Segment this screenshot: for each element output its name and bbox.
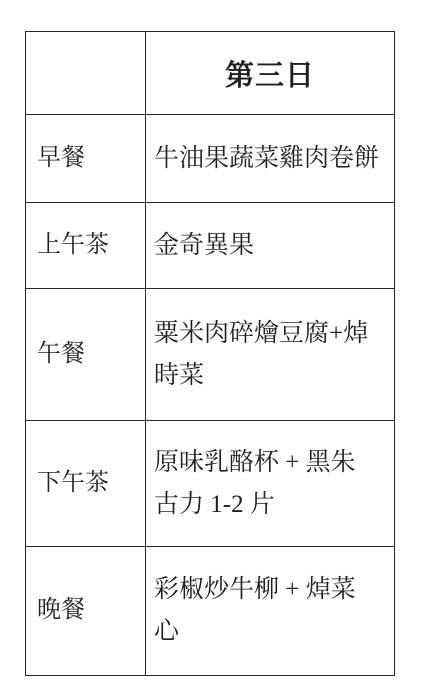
meal-row-content: 彩椒炒牛柳 + 焯菜 心: [146, 547, 395, 676]
table-header-row: 第三日: [26, 32, 395, 115]
meal-plan-table-container: 第三日 早餐 牛油果蔬菜雞肉卷餅 上午茶 金奇異果 午餐 粟米肉碎燴豆腐+焯 時…: [25, 31, 395, 676]
table-row-dinner: 晚餐 彩椒炒牛柳 + 焯菜 心: [26, 547, 395, 676]
meal-plan-table: 第三日 早餐 牛油果蔬菜雞肉卷餅 上午茶 金奇異果 午餐 粟米肉碎燴豆腐+焯 時…: [25, 31, 395, 676]
meal-row-label: 下午茶: [26, 421, 146, 547]
meal-row-label: 午餐: [26, 289, 146, 421]
table-row-lunch: 午餐 粟米肉碎燴豆腐+焯 時菜: [26, 289, 395, 421]
table-row-afternoon-tea: 下午茶 原味乳酪杯 + 黑朱 古力 1-2 片: [26, 421, 395, 547]
meal-row-content: 金奇異果: [146, 203, 395, 289]
header-empty-cell: [26, 32, 146, 115]
meal-row-label: 晚餐: [26, 547, 146, 676]
table-row-breakfast: 早餐 牛油果蔬菜雞肉卷餅: [26, 115, 395, 203]
meal-row-content: 牛油果蔬菜雞肉卷餅: [146, 115, 395, 203]
meal-row-content: 粟米肉碎燴豆腐+焯 時菜: [146, 289, 395, 421]
table-row-morning-tea: 上午茶 金奇異果: [26, 203, 395, 289]
header-day-cell: 第三日: [146, 32, 395, 115]
meal-row-label: 早餐: [26, 115, 146, 203]
meal-row-content: 原味乳酪杯 + 黑朱 古力 1-2 片: [146, 421, 395, 547]
meal-row-label: 上午茶: [26, 203, 146, 289]
